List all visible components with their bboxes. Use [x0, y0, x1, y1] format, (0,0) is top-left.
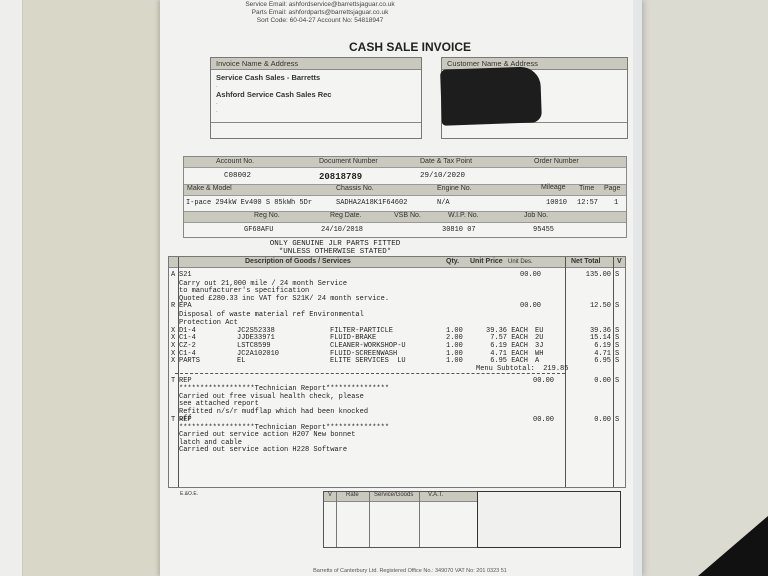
- redacted-customer-address: [440, 66, 542, 125]
- invoice-address-line1: Service Cash Sales - Barretts: [216, 73, 320, 82]
- chassis-number: SADHA2A18K1F64602: [336, 199, 407, 207]
- part-net-total: 6.95: [565, 357, 611, 365]
- make-model: I-pace 294kW Ev400 S 85kWh 5Dr: [186, 199, 312, 207]
- tax-point-date: 29/10/2020: [420, 172, 465, 180]
- engine-number: N/A: [437, 199, 450, 207]
- line-flag: A: [171, 271, 175, 279]
- invoice-address-box: Invoice Name & Address Service Cash Sale…: [210, 57, 422, 139]
- service-email: Service Email: ashfordservice@barrettsja…: [170, 1, 470, 9]
- background-stand: [15, 0, 165, 576]
- part-flag: X: [171, 357, 175, 365]
- part-vat-code: S: [615, 357, 619, 365]
- menu-subtotal: Menu Subtotal: 219.85: [476, 365, 568, 373]
- footer-company-info: Barretts of Canterbury Ltd. Registered O…: [250, 568, 570, 574]
- report-net-total: 0.00: [565, 377, 611, 385]
- reg-number: GF68AFU: [244, 226, 273, 234]
- job-number: 95455: [533, 226, 554, 234]
- part-qty: 1.00: [446, 357, 463, 365]
- line-description: EPA: [179, 302, 192, 310]
- report-unit-price: 00.00: [533, 416, 554, 424]
- document-number: 20818789: [319, 172, 362, 182]
- invoice-address-line2: Ashford Service Cash Sales Rec: [216, 90, 331, 99]
- parts-email: Parts Email: ashfordparts@barrettsjaguar…: [170, 9, 470, 17]
- line-net-total: 135.00: [565, 271, 611, 279]
- report-vat-code: S: [615, 377, 619, 385]
- section-divider: [175, 373, 565, 374]
- invoice-title: CASH SALE INVOICE: [330, 40, 490, 54]
- line-flag: R: [171, 302, 175, 310]
- line-vat-code: S: [615, 271, 619, 279]
- invoice-address-label: Invoice Name & Address: [211, 58, 421, 70]
- report-vat-code: S: [615, 416, 619, 424]
- genuine-parts-notice-2: *UNLESS OTHERWISE STATED*: [200, 248, 470, 256]
- time: 12:57: [577, 199, 598, 207]
- eoe-note: E.&O.E.: [180, 491, 198, 497]
- report-net-total: 0.00: [565, 416, 611, 424]
- genuine-parts-notice: ONLY GENUINE JLR PARTS FITTED: [200, 240, 470, 248]
- report-flag: T: [171, 416, 175, 424]
- line-description: Quoted £280.33 inc VAT for S21K/ 24 mont…: [179, 295, 389, 303]
- line-description: S21: [179, 271, 192, 279]
- invoice-details-grid: Account No. Document Number Date & Tax P…: [183, 156, 627, 238]
- line-description: Protection Act: [179, 319, 238, 327]
- line-vat-code: S: [615, 302, 619, 310]
- reg-date: 24/10/2018: [321, 226, 363, 234]
- bank-details: Sort Code: 60-04-27 Account No: 54818947: [170, 17, 470, 25]
- report-flag: T: [171, 377, 175, 385]
- background-sheet-left: [0, 0, 23, 576]
- line-unit-price: 00.00: [520, 302, 541, 310]
- mileage: 10010: [546, 199, 567, 207]
- line-unit-price: 00.00: [520, 271, 541, 279]
- part-description: ELITE SERVICES LU: [330, 357, 406, 365]
- page-number: 1: [614, 199, 618, 207]
- report-unit-price: 00.00: [533, 377, 554, 385]
- background-wall: [640, 0, 768, 576]
- background-dark-object: [698, 516, 768, 576]
- sheet-edge: [633, 0, 642, 576]
- account-number: C08002: [224, 172, 251, 180]
- totals-box: [477, 491, 621, 548]
- part-code: PARTS: [179, 357, 200, 365]
- technician-report-line: Carried out service action H228 Software: [179, 446, 347, 454]
- wip-number: 30810 07: [442, 226, 476, 234]
- line-net-total: 12.50: [565, 302, 611, 310]
- vat-summary-table: V Rate Service/Goods V.A.T.: [323, 491, 478, 548]
- technician-report-line: Refitted n/s/r mudflap which had been kn…: [179, 408, 368, 416]
- part-number: EL: [237, 357, 245, 365]
